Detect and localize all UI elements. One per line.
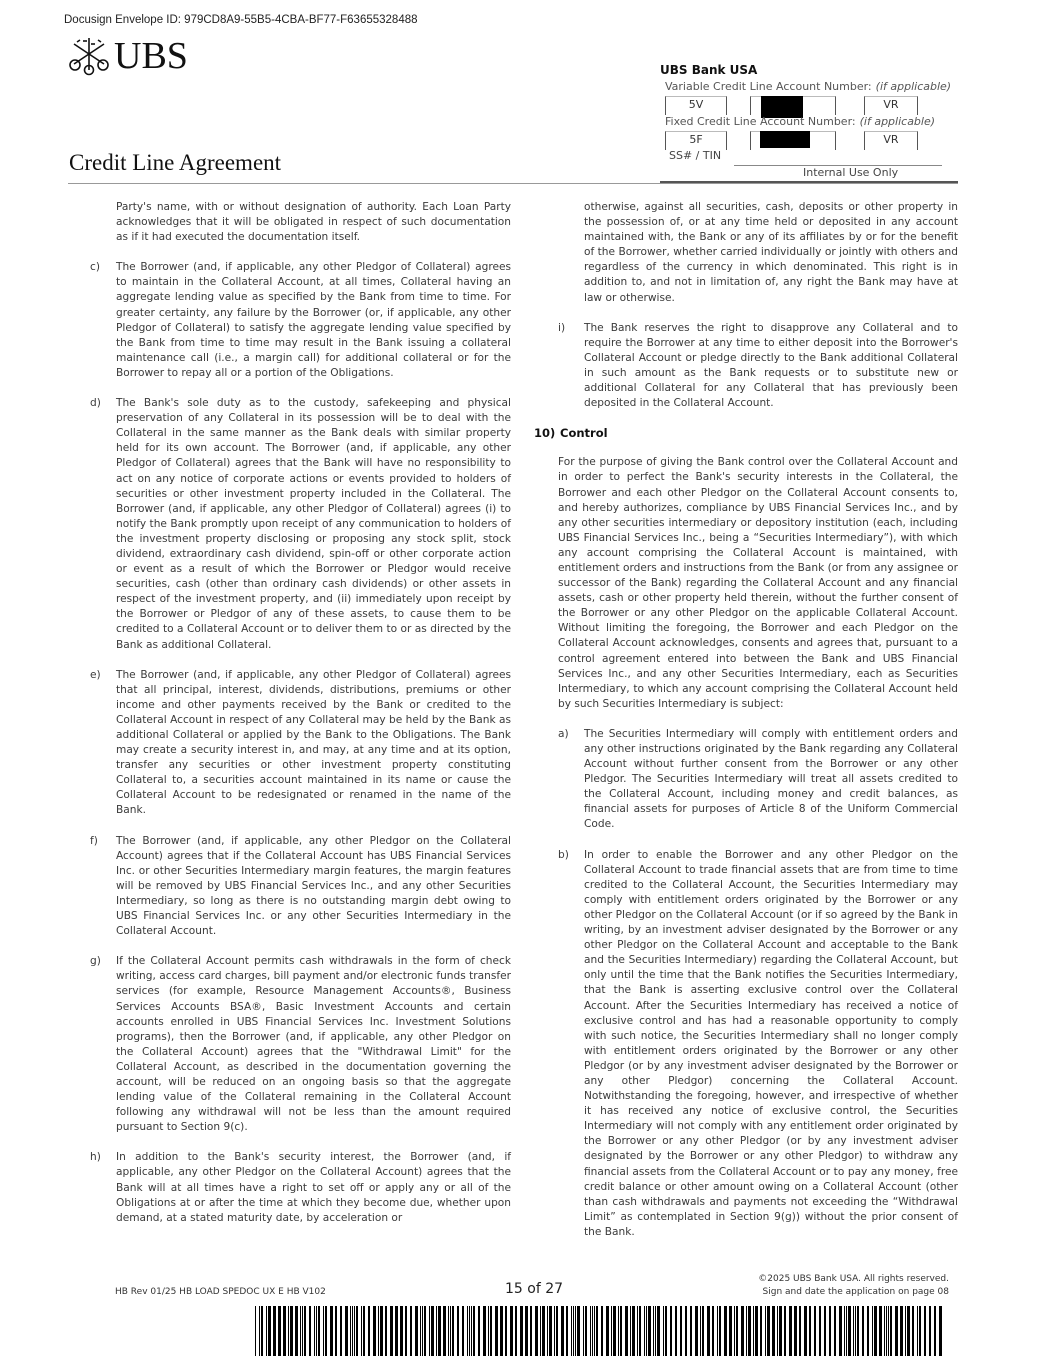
clause-marker: i) xyxy=(558,321,565,336)
left-column: Party's name, with or without designatio… xyxy=(116,200,511,1241)
clause-text: The Borrower (and, if applicable, any ot… xyxy=(116,261,511,379)
clause-text: The Bank reserves the right to disapprov… xyxy=(584,322,958,409)
bank-name: UBS Bank USA xyxy=(660,63,757,77)
page-number: 15 of 27 xyxy=(505,1281,563,1297)
redaction-block xyxy=(760,131,810,148)
clause-marker: b) xyxy=(558,848,569,863)
ubs-keys-icon xyxy=(68,36,110,76)
clause-text: In addition to the Bank's security inter… xyxy=(116,1151,511,1223)
clause-f: f)The Borrower (and, if applicable, any … xyxy=(90,834,511,940)
control-clause-b: b)In order to enable the Borrower and an… xyxy=(558,848,958,1240)
clause-e: e)The Borrower (and, if applicable, any … xyxy=(90,668,511,819)
clause-marker: d) xyxy=(90,396,101,411)
ubs-logo: UBS xyxy=(68,36,188,76)
clause-c: c)The Borrower (and, if applicable, any … xyxy=(90,260,511,381)
variable-suffix-field[interactable]: VR xyxy=(864,96,918,115)
clause-marker: f) xyxy=(90,834,98,849)
clause-h: h)In addition to the Bank's security int… xyxy=(90,1150,511,1225)
right-column: otherwise, against all securities, cash,… xyxy=(584,200,958,1255)
variable-prefix-field[interactable]: 5V xyxy=(665,96,727,115)
clause-marker: e) xyxy=(90,668,101,683)
clause-text: The Bank's sole duty as to the custody, … xyxy=(116,397,511,651)
clause-marker: h) xyxy=(90,1150,101,1165)
clause-marker: g) xyxy=(90,954,101,969)
document-title: Credit Line Agreement xyxy=(69,150,281,176)
form-code: HB Rev 01/25 HB LOAD SPEDOC UX E HB V102 xyxy=(115,1287,326,1297)
fixed-prefix-field[interactable]: 5F xyxy=(665,131,727,150)
clause-text: The Borrower (and, if applicable, any ot… xyxy=(116,669,511,817)
clause-text: In order to enable the Borrower and any … xyxy=(584,849,958,1238)
ubs-wordmark: UBS xyxy=(114,37,188,75)
sign-note: Sign and date the application on page 08 xyxy=(758,1286,949,1299)
control-intro: For the purpose of giving the Bank contr… xyxy=(558,455,958,712)
ssn-tin-label: SS# / TIN xyxy=(669,149,721,162)
section-title: Control xyxy=(560,426,608,440)
continuation-text: Party's name, with or without designatio… xyxy=(116,200,511,245)
section-number: 10) xyxy=(534,426,560,441)
clause-marker: c) xyxy=(90,260,100,275)
section-heading-control: 10)Control xyxy=(534,426,958,441)
fixed-suffix-field[interactable]: VR xyxy=(864,131,918,150)
clause-text: The Borrower (and, if applicable, any ot… xyxy=(116,835,511,938)
continuation-text: otherwise, against all securities, cash,… xyxy=(584,200,958,306)
envelope-id: Docusign Envelope ID: 979CD8A9-55B5-4CBA… xyxy=(64,14,418,26)
title-divider xyxy=(68,183,958,184)
account-box-divider xyxy=(660,181,958,183)
variable-account-label: Variable Credit Line Account Number:(if … xyxy=(665,80,951,93)
fixed-if-applicable: (if applicable) xyxy=(860,115,935,128)
clause-i: i)The Bank reserves the right to disappr… xyxy=(558,321,958,412)
clause-marker: a) xyxy=(558,727,569,742)
clause-d: d)The Bank's sole duty as to the custody… xyxy=(90,396,511,653)
clause-g: g)If the Collateral Account permits cash… xyxy=(90,954,511,1135)
barcode xyxy=(255,1306,945,1356)
internal-use-label: Internal Use Only xyxy=(803,166,898,179)
clause-text: If the Collateral Account permits cash w… xyxy=(116,955,511,1133)
copyright-text: ©2025 UBS Bank USA. All rights reserved. xyxy=(758,1273,949,1286)
fixed-account-label: Fixed Credit Line Account Number:(if app… xyxy=(665,115,935,128)
clause-text: The Securities Intermediary will comply … xyxy=(584,728,958,831)
control-clause-a: a)The Securities Intermediary will compl… xyxy=(558,727,958,833)
variable-if-applicable: (if applicable) xyxy=(876,80,951,93)
footer-notice: ©2025 UBS Bank USA. All rights reserved.… xyxy=(758,1273,949,1299)
